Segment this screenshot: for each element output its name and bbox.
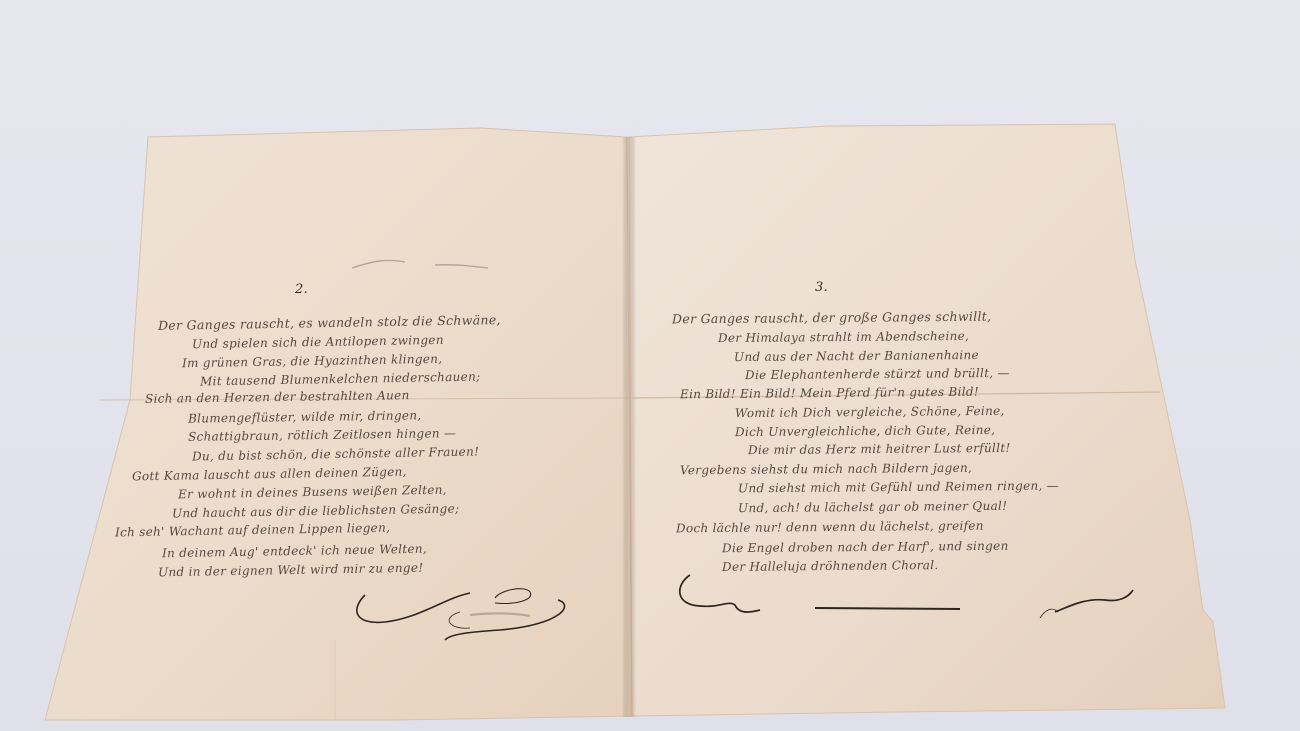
- page-number-left: 2.: [295, 282, 308, 297]
- poem-line: Und, ach! du lächelst gar ob meiner Qual…: [738, 499, 1007, 515]
- poem-line: Und aus der Nacht der Banianenhaine: [734, 348, 979, 364]
- poem-line: Die Engel droben nach der Harf', und sin…: [722, 539, 1009, 556]
- photo-scene: 2. Der Ganges rauscht, es wandeln stolz …: [0, 0, 1300, 731]
- poem-line: Der Halleluja dröhnenden Choral.: [722, 558, 939, 574]
- left-page: [45, 128, 632, 720]
- poem-line: Die mir das Herz mit heitrer Lust erfüll…: [748, 441, 1011, 457]
- right-page: [627, 124, 1225, 716]
- poem-line: Dich Unvergleichliche, dich Gute, Reine,: [735, 423, 995, 439]
- poem-line: Ein Bild! Ein Bild! Mein Pferd für'n gut…: [680, 385, 979, 402]
- page-number-right: 3.: [815, 280, 828, 295]
- poem-line: Vergebens siehst du mich nach Bildern ja…: [680, 461, 972, 478]
- poem-line: Der Himalaya strahlt im Abendscheine,: [718, 329, 969, 345]
- poem-line: Und siehst mich mit Gefühl und Reimen ri…: [738, 479, 1059, 496]
- poem-line: Die Elephantenherde stürzt und brüllt, —: [745, 366, 1010, 382]
- poem-line: Der Ganges rauscht, der große Ganges sch…: [672, 309, 991, 327]
- poem-line: Doch lächle nur! denn wenn du lächelst, …: [676, 519, 984, 536]
- poem-line: Womit ich Dich vergleiche, Schöne, Feine…: [735, 404, 1005, 420]
